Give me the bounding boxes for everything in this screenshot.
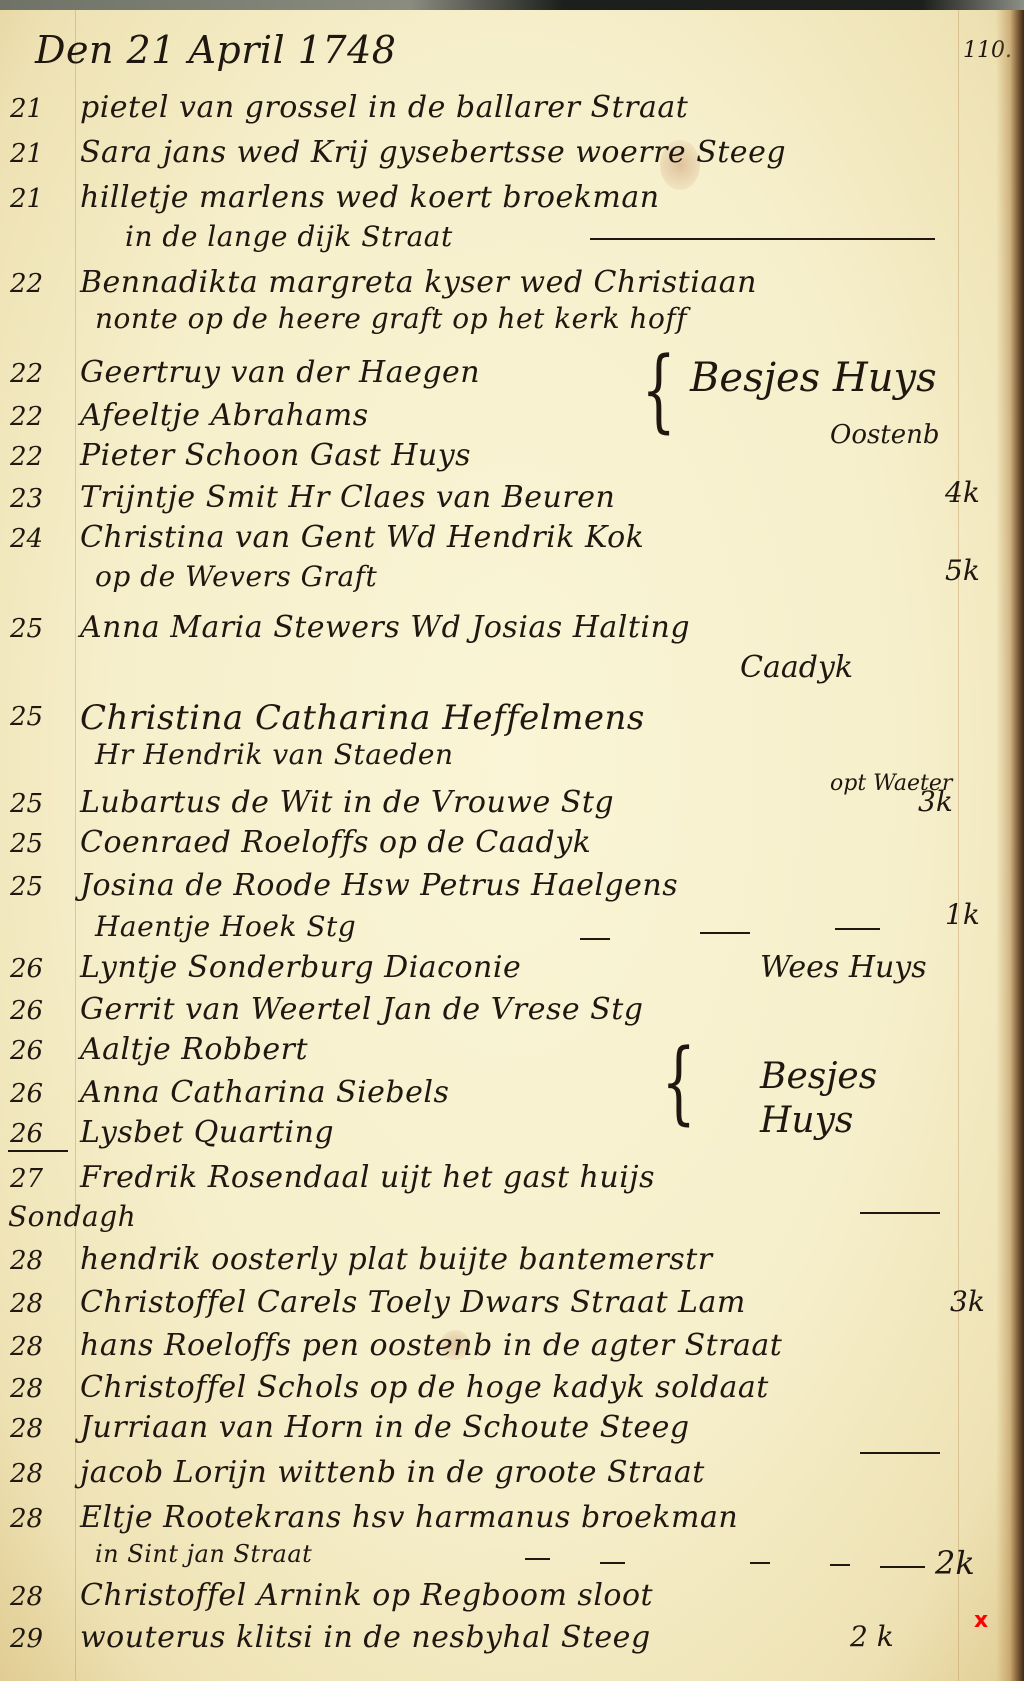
entry-day: 26 <box>10 1036 70 1066</box>
entry-day: 29 <box>10 1624 70 1654</box>
date-heading: Den 21 April 1748 <box>35 28 396 72</box>
entry-day: 21 <box>10 184 70 214</box>
register-entry-continuation: op de Wevers Graft 5k <box>0 560 1000 600</box>
entry-day: 28 <box>10 1459 70 1489</box>
register-note: Sondagh <box>0 1200 1000 1240</box>
entry-text: nonte op de heere graft op het kerk hoff <box>95 302 687 335</box>
register-entry: 25 Anna Maria Stewers Wd Josias Halting <box>0 610 1000 650</box>
register-entry: 28 Christoffel Schols op de hoge kadyk s… <box>0 1370 1000 1410</box>
fill-line <box>590 238 935 240</box>
register-entry: 26 Anna Catharina Siebels Besjes Huys <box>0 1075 1000 1115</box>
entry-text: Hr Hendrik van Staeden <box>95 738 454 771</box>
entry-day: 26 <box>10 1119 70 1149</box>
entry-day: 28 <box>10 1414 70 1444</box>
entry-text: Coenraed Roeloffs op de Caadyk <box>80 825 591 860</box>
entry-fee: 3k <box>950 1285 985 1318</box>
entry-text: Christina Catharina Heffelmens <box>80 698 645 738</box>
fill-line <box>880 1566 925 1568</box>
register-entry: 28 Eltje Rootekrans hsv harmanus broekma… <box>0 1500 1000 1540</box>
entry-text: Lyntje Sonderburg Diaconie <box>80 950 521 985</box>
fill-line <box>830 1564 850 1566</box>
entry-day: 28 <box>10 1289 70 1319</box>
register-entry: 21 Sara jans wed Krij gysebertsse woerre… <box>0 135 1000 175</box>
fill-line <box>700 932 750 934</box>
entry-text: Lysbet Quarting <box>80 1115 334 1150</box>
entry-text: wouterus klitsi in de nesbyhal Steeg <box>80 1620 651 1655</box>
register-entry: 25 Lubartus de Wit in de Vrouwe Stg opt … <box>0 785 1000 825</box>
entry-text: Bennadikta margreta kyser wed Christiaan <box>80 265 757 300</box>
entry-day: 26 <box>10 954 70 984</box>
register-entry: 26 Lysbet Quarting <box>0 1115 1000 1155</box>
register-entry: 24 Christina van Gent Wd Hendrik Kok <box>0 520 1000 560</box>
date-heading-line: Den 21 April 1748 <box>0 34 1000 74</box>
register-entry: 29 wouterus klitsi in de nesbyhal Steeg … <box>0 1620 1000 1660</box>
entry-day: 25 <box>10 872 70 902</box>
entry-day: 27 <box>10 1164 70 1194</box>
register-entry: 28 hans Roeloffs pen oostenb in de agter… <box>0 1328 1000 1368</box>
entry-text: Pieter Schoon Gast Huys <box>80 438 471 473</box>
entry-fee: 2 k <box>850 1620 894 1653</box>
entry-text: Sara jans wed Krij gysebertsse woerre St… <box>80 135 786 170</box>
day-separator-line <box>8 1150 68 1152</box>
register-entry-continuation: Haentje Hoek Stg 1k <box>0 910 1000 950</box>
fill-line <box>580 938 610 940</box>
entry-text: hans Roeloffs pen oostenb in de agter St… <box>80 1328 782 1363</box>
entry-text: hendrik oosterly plat buijte bantemerstr <box>80 1242 713 1277</box>
register-entry: 28 jacob Lorijn wittenb in de groote Str… <box>0 1455 1000 1495</box>
register-entry-continuation: in de lange dijk Straat <box>0 220 1000 260</box>
entry-text: Christoffel Arnink op Regboom sloot <box>80 1578 653 1613</box>
entry-text: Lubartus de Wit in de Vrouwe Stg <box>80 785 614 820</box>
entry-text: Trijntje Smit Hr Claes van Beuren <box>80 480 615 515</box>
entry-day: 22 <box>10 402 70 432</box>
register-entry: 22 Geertruy van der Haegen Besjes Huys <box>0 355 1000 395</box>
entry-fee: 5k <box>945 554 980 587</box>
entry-side-note: Wees Huys <box>760 950 927 985</box>
register-entry-continuation: in Sint jan Straat 2k <box>0 1540 1000 1580</box>
entry-text: Aaltje Robbert <box>80 1032 308 1067</box>
entry-day: 22 <box>10 269 70 299</box>
entry-text: Christoffel Schols op de hoge kadyk sold… <box>80 1370 769 1405</box>
entry-fee: 4k <box>945 476 980 509</box>
entry-day: 28 <box>10 1332 70 1362</box>
entry-text: Gerrit van Weertel Jan de Vrese Stg <box>80 992 643 1027</box>
entry-text: Afeeltje Abrahams <box>80 398 369 433</box>
register-entry: 28 Christoffel Carels Toely Dwars Straat… <box>0 1285 1000 1325</box>
entry-text: Haentje Hoek Stg <box>95 910 356 943</box>
entry-day: 26 <box>10 1079 70 1109</box>
entry-side-note: Besjes Huys <box>690 355 937 401</box>
entry-day: 23 <box>10 484 70 514</box>
entry-day: 22 <box>10 442 70 472</box>
register-entry: 28 Jurriaan van Horn in de Schoute Steeg <box>0 1410 1000 1450</box>
entry-text: Jurriaan van Horn in de Schoute Steeg <box>80 1410 690 1445</box>
register-entry-continuation: nonte op de heere graft op het kerk hoff <box>0 302 1000 342</box>
annotation-x-mark: x <box>974 1608 988 1633</box>
entry-text: in Sint jan Straat <box>95 1540 312 1568</box>
fill-line <box>835 928 880 930</box>
register-entry: 28 Christoffel Arnink op Regboom sloot <box>0 1578 1000 1618</box>
entry-text: Anna Catharina Siebels <box>80 1075 449 1110</box>
entry-fee: 1k <box>945 898 980 931</box>
entry-text: Geertruy van der Haegen <box>80 355 480 390</box>
entry-day: 25 <box>10 614 70 644</box>
register-entry-continuation: Caadyk <box>0 650 1000 690</box>
entry-day: 26 <box>10 996 70 1026</box>
entry-day: 28 <box>10 1504 70 1534</box>
entry-day: 21 <box>10 94 70 124</box>
entry-text: pietel van grossel in de ballarer Straat <box>80 90 688 125</box>
register-entry: 25 Coenraed Roeloffs op de Caadyk <box>0 825 1000 865</box>
register-entry: 21 pietel van grossel in de ballarer Str… <box>0 90 1000 130</box>
entry-day: 21 <box>10 139 70 169</box>
register-entry: 22 Bennadikta margreta kyser wed Christi… <box>0 265 1000 305</box>
entry-text: hilletje marlens wed koert broekman <box>80 180 660 215</box>
register-entry: 28 hendrik oosterly plat buijte bantemer… <box>0 1242 1000 1282</box>
entry-text: Josina de Roode Hsw Petrus Haelgens <box>80 868 678 903</box>
entry-text: jacob Lorijn wittenb in de groote Straat <box>80 1455 705 1490</box>
entry-side-note: Caadyk <box>740 650 853 685</box>
entry-text: Christina van Gent Wd Hendrik Kok <box>80 520 644 555</box>
register-entry: 22 Pieter Schoon Gast Huys Oostenb <box>0 438 1000 478</box>
entry-day: 25 <box>10 789 70 819</box>
entry-text: in de lange dijk Straat <box>125 220 453 253</box>
register-entry: 26 Lyntje Sonderburg Diaconie Wees Huys <box>0 950 1000 990</box>
fill-line <box>600 1562 625 1564</box>
entry-text: op de Wevers Graft <box>95 560 377 593</box>
entry-text: Fredrik Rosendaal uijt het gast huijs <box>80 1160 655 1195</box>
sunday-note: Sondagh <box>8 1200 136 1233</box>
register-entry: 25 Christina Catharina Heffelmens <box>0 698 1000 738</box>
register-entry: 23 Trijntje Smit Hr Claes van Beuren 4k <box>0 480 1000 520</box>
register-page: 110. Den 21 April 1748 21 pietel van gro… <box>0 10 1024 1681</box>
register-entry: 26 Gerrit van Weertel Jan de Vrese Stg <box>0 992 1000 1032</box>
register-entry: 27 Fredrik Rosendaal uijt het gast huijs <box>0 1160 1000 1200</box>
entry-day: 25 <box>10 829 70 859</box>
entry-day: 28 <box>10 1374 70 1404</box>
register-entry: 25 Josina de Roode Hsw Petrus Haelgens <box>0 868 1000 908</box>
entry-text: Eltje Rootekrans hsv harmanus broekman <box>80 1500 738 1535</box>
entry-day: 22 <box>10 359 70 389</box>
register-entry: 21 hilletje marlens wed koert broekman <box>0 180 1000 220</box>
entry-text: Anna Maria Stewers Wd Josias Halting <box>80 610 690 645</box>
entry-text: Christoffel Carels Toely Dwars Straat La… <box>80 1285 746 1320</box>
entry-side-note: Oostenb <box>830 420 940 450</box>
fill-line <box>860 1452 940 1454</box>
entry-day: 28 <box>10 1246 70 1276</box>
entry-fee: 2k <box>935 1544 975 1582</box>
fill-line <box>525 1558 550 1560</box>
entry-day: 28 <box>10 1582 70 1612</box>
entry-day: 25 <box>10 702 70 732</box>
entry-fee: 3k <box>918 785 953 818</box>
fill-line <box>750 1562 770 1564</box>
entry-day: 24 <box>10 524 70 554</box>
